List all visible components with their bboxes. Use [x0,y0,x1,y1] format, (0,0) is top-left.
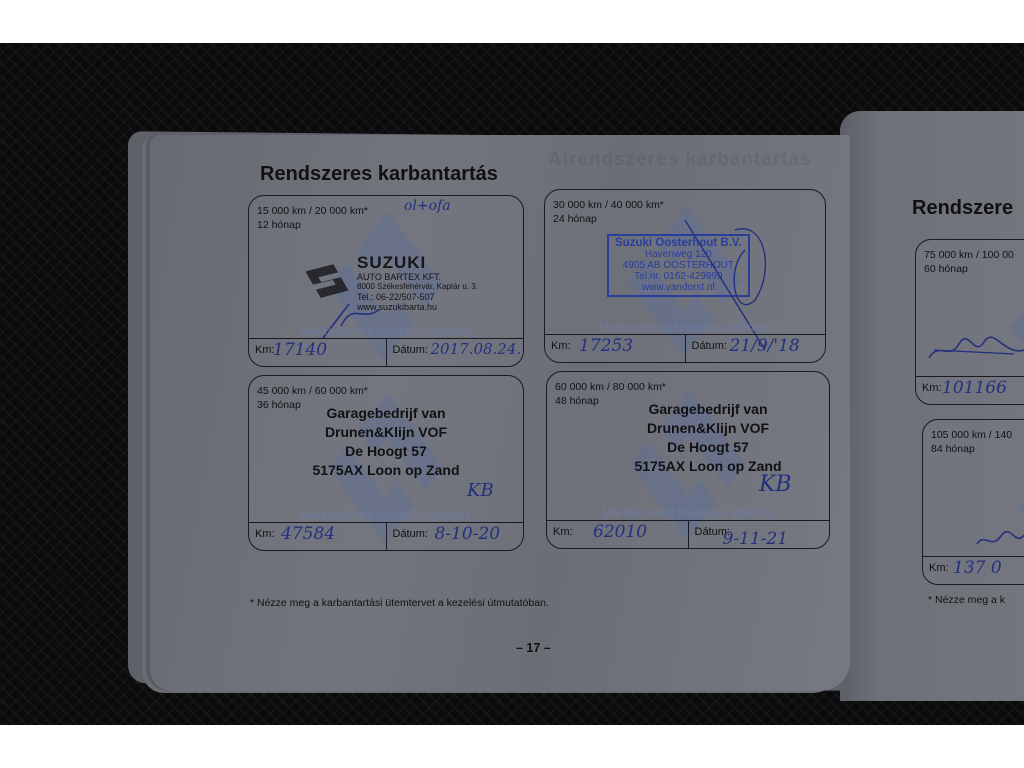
km-field: Km: 101166 [916,377,1024,404]
handwritten-note: ol+ofa [404,198,451,214]
service-footer: Km: 17253 Dátum: 21/9/'18 [545,334,825,362]
service-entry-60000: 60 000 km / 80 000 km* 48 hónap Garagebe… [546,371,830,549]
signature-caption: Márkaszerviz hivatalos aláírása [249,326,523,338]
service-entry-30000: 30 000 km / 40 000 km* 24 hónap Suzuki O… [544,189,826,363]
date-field: Dátum: 8-10-20 [386,523,524,550]
km-field: Km: 47584 [249,523,386,550]
date-field: Dátum: 21/9/'18 [685,335,826,362]
service-entry-15000: 15 000 km / 20 000 km* 12 hónap ol+ofa S… [248,195,524,367]
signature-scribble-icon [924,336,1024,366]
service-interval: 105 000 km / 140 84 hónap [931,428,1012,456]
page-title: Rendszeres karbantartás [260,163,498,186]
photo-background: Rendszere 75 000 km / 100 00 60 hónap V … [0,43,1024,725]
service-footer: Km: 17140 Dátum: 2017.08.24. [249,338,523,366]
service-footer: Km: 101166 [916,376,1024,404]
service-interval: 15 000 km / 20 000 km* 12 hónap [257,204,368,232]
km-field: Km: 137 0 [923,557,1024,584]
service-footer: Km: 62010 Dátum: 9-11-21 [547,520,829,548]
service-footer: Km: 47584 Dátum: 8-10-20 [249,522,523,550]
technician-initials: KB [467,480,494,501]
signature-caption: Márkaszerviz hivatalos aláírása [545,322,825,334]
footnote: * Nézze meg a karbantartási ütemtervet a… [250,597,549,609]
date-field: Dátum: 9-11-21 [688,521,830,548]
garage-stamp: Garagebedrijf van Drunen&Klijn VOF De Ho… [587,400,829,476]
right-footnote: * Nézze meg a k [928,594,1005,606]
service-interval: 30 000 km / 40 000 km* 24 hónap [553,198,664,226]
km-field: Km: 17253 [545,335,685,362]
left-page: Rendszeres karbantartás Alrendszeres kar… [150,135,850,691]
garage-stamp: Garagebedrijf van Drunen&Klijn VOF De Ho… [249,404,523,480]
right-page: Rendszere 75 000 km / 100 00 60 hónap V … [840,111,1024,701]
date-field: Dátum: 2017.08.24. [386,339,524,366]
km-field: Km: 17140 [249,339,386,366]
km-field: Km: 62010 [547,521,688,548]
technician-initials: KB [759,472,792,497]
signature-caption: Márkaszerviz hivatalos aláírása [249,510,523,522]
right-page-title: Rendszere [912,197,1013,220]
bleed-through-text: Alrendszeres karbantartás [548,149,812,171]
service-entry-75000: 75 000 km / 100 00 60 hónap V Km: 101166 [915,239,1024,405]
page-number: – 17 – [516,641,551,655]
signature-caption: Márkaszerviz hivatalos aláírása [547,508,829,520]
service-entry-105000: 105 000 km / 140 84 hónap Km: 137 0 [922,419,1024,585]
service-entry-45000: 45 000 km / 60 000 km* 36 hónap Garagebe… [248,375,524,551]
signature-scribble-icon [973,528,1024,552]
service-footer: Km: 137 0 [923,556,1024,584]
service-interval: 75 000 km / 100 00 60 hónap [924,248,1014,276]
